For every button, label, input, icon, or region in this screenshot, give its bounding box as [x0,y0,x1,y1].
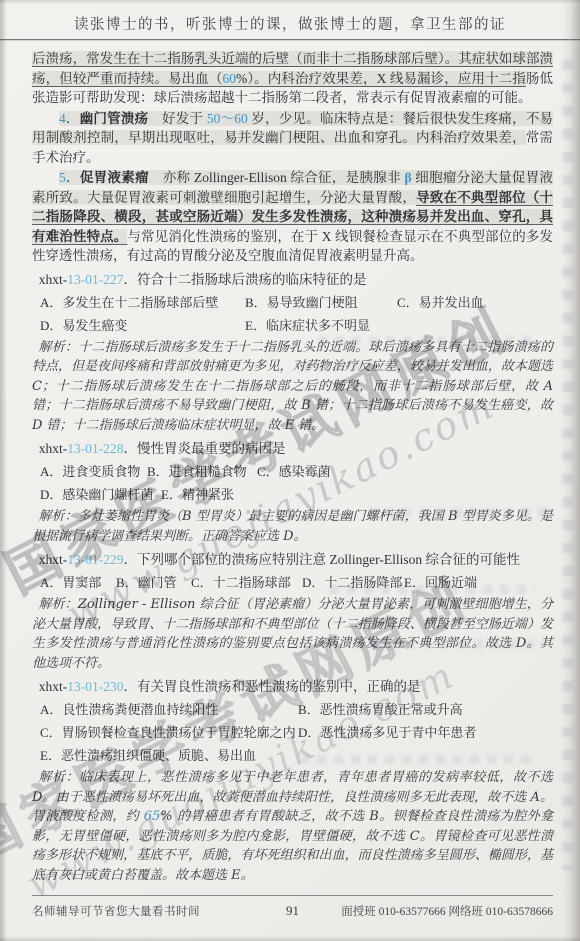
footer-contact: 面授班 010-63577666 网络班 010-63578666 [328,903,554,919]
paragraph-pyloric-canal-ulcer: 4．幽门管溃疡 好发于 50～60 岁，少见。临床特点是：餐后很快发生疼痛，不易… [32,109,553,168]
page-footer: 名师辅导可节省您大量看书时间 91 面授班 010-63577666 网络班 0… [32,895,553,919]
question-229: xhxt-13-01-229．下列哪个部位的溃疡应特别注意 Zollinger-… [32,549,553,673]
option-C: C．易并发出血 [397,291,484,314]
body-text: 好发于 [148,111,207,126]
analysis-label: 解析： [39,597,78,612]
question-separator: ． [124,679,138,694]
option-C: C．十二指肠球部 [191,571,302,594]
item-number: 5 [59,170,66,185]
option-B: B．恶性溃疡胃酸正常或升高 [298,698,463,721]
option-D: D．十二指肠降部 [302,571,404,594]
question-separator: ． [124,272,138,287]
option-E: E．回肠近端 [404,571,477,594]
option-row: D．易发生癌变 E．临床症状多不明显 [32,314,553,337]
option-row: D．感染幽门螺杆菌 E．精神紧张 [32,483,553,506]
page-header: 读张博士的书，听张博士的课，做张博士的题，拿卫生部的证 [0,13,580,34]
analysis-label: 解析： [39,340,79,355]
highlighted-number: 60 [222,71,236,86]
option-C: C．感染霉菌 [257,460,331,483]
highlighted-number: 65 [144,809,161,824]
question-text: 下列哪个部位的溃疡应特别注意 Zollinger-Ellison 综合征的可能性 [137,552,520,567]
option-D: D．感染幽门螺杆菌 [40,483,161,506]
analysis-text: Zollinger - Ellison 综合征（胃泌素瘤）分泌大量胃泌素，可刺激… [32,597,553,671]
footer-slogan: 名师辅导可节省您大量看书时间 [32,903,258,919]
page-edge-shadow-left [0,0,7,941]
option-E: E．精神紧张 [161,483,234,506]
analysis-text: 十二指肠球后溃疡多发生于十二指肠乳头的近端。球后溃疡多具有十二指肠溃疡的特点，但… [32,340,553,433]
question-id-prefix: xhxt- [39,552,68,567]
analysis-paragraph: 解析：多灶萎缩性胃炎（B 型胃炎）最主要的病因是幽门螺杆菌，我国 B 型胃炎多见… [32,507,553,546]
option-D: D．易发生癌变 [40,314,245,337]
item-separator: ． [66,111,80,126]
option-A: A．多发生在十二指肠球部后壁 [40,291,245,314]
analysis-paragraph: 解析：Zollinger - Ellison 综合征（胃泌素瘤）分泌大量胃泌素，… [32,595,553,673]
question-stem: xhxt-13-01-227．符合十二指肠球后溃疡的临床特征的是 [32,269,553,291]
option-E: E．恶性溃疡组织僵硬、质脆、易出血 [40,744,256,767]
option-A: A．胃窦部 [40,571,116,594]
header-slogan: 读张博士的书，听张博士的课，做张博士的题，拿卫生部的证 [74,17,506,33]
underlined-text: %）。内科治疗效果差，X 线易漏诊，应用十二指 [236,71,526,86]
question-stem: xhxt-13-01-230．有关胃良性溃疡和恶性溃疡的鉴别中，正确的是 [32,676,553,698]
question-separator: ． [124,552,138,567]
question-separator: ． [124,441,138,456]
highlighted-number: 50～60 [207,111,248,126]
paragraph-retrobulbar-ulcer: 后溃疡，常发生在十二指肠乳头近端的后壁（而非十二指肠球部后壁）。其症状如球部溃疡… [32,49,553,108]
option-B: B．易导致幽门梗阻 [245,291,397,314]
book-page: 读张博士的书，听张博士的课，做张博士的题，拿卫生部的证 国家医学考试网原创 ww… [0,0,580,941]
option-B: B．进食粗糙食物 [147,460,257,483]
option-row: A．胃窦部 B．幽门管 C．十二指肠球部 D．十二指肠降部 E．回肠近端 [32,571,553,594]
option-row: E．恶性溃疡组织僵硬、质脆、易出血 [32,744,553,767]
question-id-prefix: xhxt- [39,441,68,456]
analysis-label: 解析： [39,770,80,785]
question-text: 符合十二指肠球后溃疡的临床特征的是 [137,272,367,287]
question-id: 13-01-229 [67,552,123,567]
question-stem: xhxt-13-01-228．慢性胃炎最重要的病因是 [32,438,553,460]
option-row: A．良性溃疡粪便潜血持续阳性 B．恶性溃疡胃酸正常或升高 [32,698,553,721]
question-id-prefix: xhxt- [39,679,68,694]
question-id: 13-01-228 [67,441,123,456]
option-A: A．进食变质食物 [40,460,147,483]
question-id-prefix: xhxt- [39,272,68,287]
option-A: A．良性溃疡粪便潜血持续阳性 [40,698,298,721]
analysis-paragraph: 解析：临床表现上，恶性溃疡多见于中老年患者，青年患者胃癌的发病率较低，故不选 D… [32,768,553,885]
item-title: 幽门管溃疡 [80,111,149,126]
option-row: C．胃肠钡餐检查良性溃疡位于胃腔轮廓之内 D．恶性溃疡多见于青中年患者 [32,721,553,744]
question-230: xhxt-13-01-230．有关胃良性溃疡和恶性溃疡的鉴别中，正确的是 A．良… [32,676,553,885]
question-text: 慢性胃炎最重要的病因是 [137,441,286,456]
item-separator: ． [66,170,80,185]
option-C: C．胃肠钡餐检查良性溃疡位于胃腔轮廓之内 [40,721,298,744]
page-content: 后溃疡，常发生在十二指肠乳头近端的后壁（而非十二指肠球部后壁）。其症状如球部溃疡… [32,49,553,888]
paragraph-gastrinoma: 5．促胃液素瘤 亦称 Zollinger-Ellison 综合征，是胰腺非 β … [32,168,553,266]
option-B: B．幽门管 [116,571,191,594]
question-id: 13-01-230 [67,679,123,694]
question-id: 13-01-227 [67,272,123,287]
page-number: 91 [258,903,328,919]
beta-symbol: β [404,170,411,185]
option-row: A．进食变质食物 B．进食粗糙食物 C．感染霉菌 [32,460,553,483]
page-edge-shadow-bottom [0,936,580,941]
analysis-paragraph: 解析：十二指肠球后溃疡多发生于十二指肠乳头的近端。球后溃疡多具有十二指肠溃疡的特… [32,338,553,436]
header-divider [0,39,580,40]
item-number: 4 [59,111,66,126]
question-227: xhxt-13-01-227．符合十二指肠球后溃疡的临床特征的是 A．多发生在十… [32,269,553,436]
page-edge-shadow-right [562,0,580,941]
option-row: A．多发生在十二指肠球部后壁 B．易导致幽门梗阻 C．易并发出血 [32,291,553,314]
analysis-label: 解析： [39,509,78,524]
question-stem: xhxt-13-01-229．下列哪个部位的溃疡应特别注意 Zollinger-… [32,549,553,571]
question-228: xhxt-13-01-228．慢性胃炎最重要的病因是 A．进食变质食物 B．进食… [32,438,553,546]
body-text: 亦称 Zollinger-Ellison 综合征，是胰腺非 [149,170,405,185]
item-title: 促胃液素瘤 [80,170,149,185]
analysis-text: 多灶萎缩性胃炎（B 型胃炎）最主要的病因是幽门螺杆菌，我国 B 型胃炎多见。是根… [32,509,553,544]
option-E: E．临床症状多不明显 [245,314,370,337]
question-text: 有关胃良性溃疡和恶性溃疡的鉴别中，正确的是 [137,679,421,694]
page-edge-shadow-top [0,0,580,4]
option-D: D．恶性溃疡多见于青中年患者 [298,721,476,744]
